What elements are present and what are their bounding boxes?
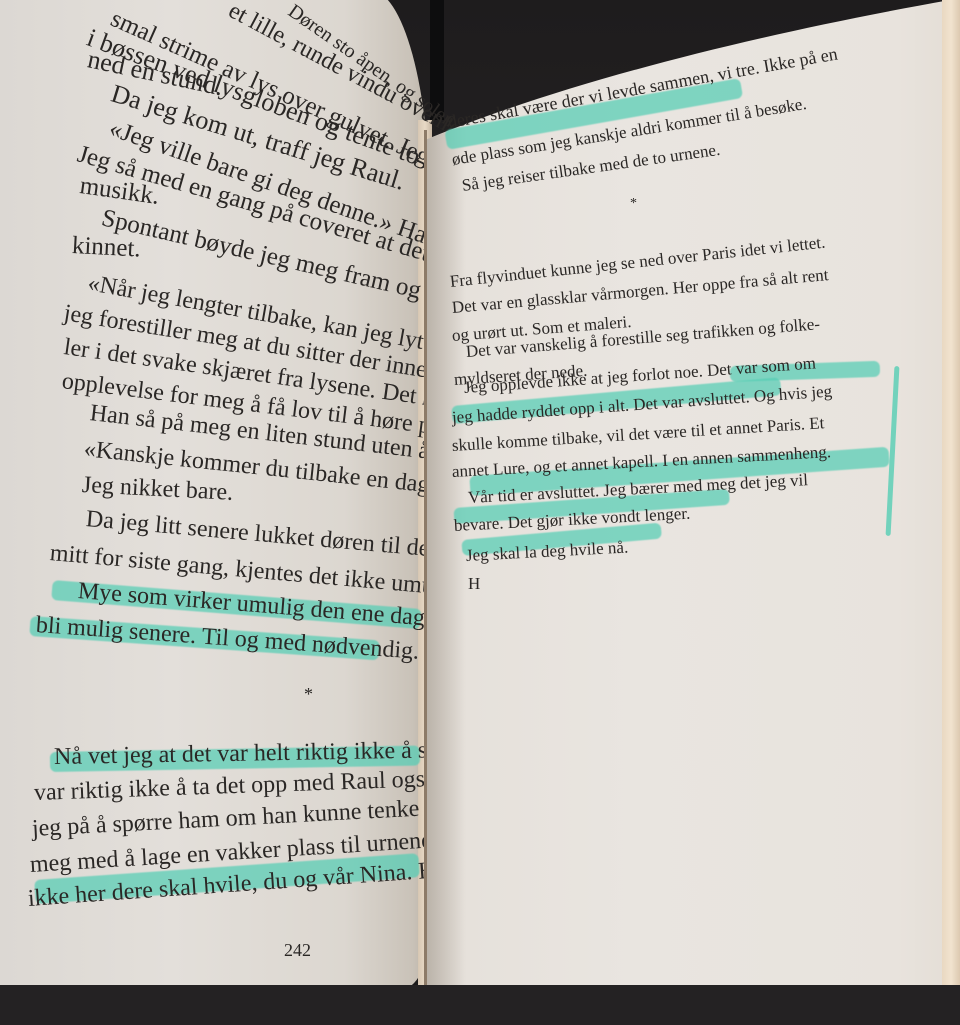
text-line: kinnet. [71, 232, 141, 264]
page-number: 242 [284, 940, 311, 961]
section-separator: * [630, 196, 637, 212]
dark-surface [0, 985, 960, 1025]
book-gutter [424, 130, 427, 990]
right-page-edge [942, 0, 960, 1000]
section-separator: * [304, 684, 313, 705]
book-photo: Døren sto åpen, og solen et lille, runde… [0, 0, 960, 1025]
signature-initial: H [468, 574, 480, 594]
